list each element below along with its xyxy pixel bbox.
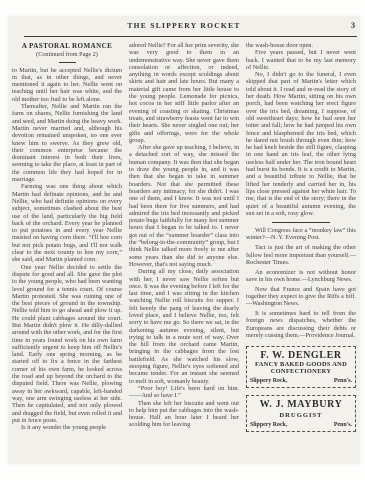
story-paragraph: No, I didn't go to the funeral, I even s… — [246, 71, 356, 217]
column-1: A PASTORAL ROMANCE (Continued from Page … — [12, 42, 122, 432]
filler-item: An economizer is not without honor save … — [246, 269, 356, 284]
story-quote: “Poor boy! Life's been hard on him. ——An… — [129, 385, 239, 400]
ad-maybury-footer: Slippery Rock, Penn's. — [250, 422, 352, 429]
ad-maybury-city: Slippery Rock, — [250, 422, 287, 429]
filler-item: It is sometimes hard to tell from the fo… — [246, 310, 356, 339]
ad-dengler-line2: CONFECTIONERY — [250, 368, 352, 375]
column-3: the wash-house door open. Five years pas… — [246, 42, 356, 432]
filler-item: Tact is just the art of making the other… — [246, 244, 356, 266]
story-paragraph: the wash-house door open. — [246, 42, 356, 49]
story-paragraph: adored Nellie? For all her prim severity… — [129, 42, 239, 144]
ad-dengler-footer: Slippery Rock, Penn's. — [250, 378, 352, 385]
ad-dengler-line1: FANCY BAKED GOODS AND — [250, 361, 352, 368]
story-paragraph: Five years passed, but I never went back… — [246, 49, 356, 71]
ad-maybury-name: W. J. MAYBURY — [250, 399, 352, 410]
section-divider — [272, 222, 330, 223]
story-paragraph: After she gave up teaching, I believe, i… — [129, 144, 239, 268]
story-paragraph: Is it any wonder the young people — [12, 424, 122, 431]
filler-item: Will Congress face a “monkey law” this w… — [246, 227, 356, 242]
page-header: THE SLIPPERY ROCKET 3 — [8, 16, 360, 35]
masthead-title: THE SLIPPERY ROCKET — [8, 21, 360, 30]
ad-maybury-state: Penn's. — [334, 422, 352, 429]
ad-dengler-city: Slippery Rock, — [250, 378, 287, 385]
story-subtitle: (Continued from Page 2) — [12, 51, 122, 58]
story-paragraph: Farming was one thing about which Martin… — [12, 183, 122, 263]
article-columns: A PASTORAL ROMANCE (Continued from Page … — [8, 37, 360, 432]
ad-maybury: W. J. MAYBURY DRUGGIST Slippery Rock, Pe… — [246, 395, 356, 432]
page-number: 3 — [351, 21, 355, 30]
story-paragraph: Thereafter, Nellie and Martin ran the fa… — [12, 103, 122, 183]
title-divider — [59, 62, 76, 63]
filler-item: Now that France and Spain have got toget… — [246, 286, 356, 308]
newspaper-sheet: THE SLIPPERY ROCKET 3 A PASTORAL ROMANCE… — [8, 16, 360, 464]
ad-dengler-state: Penn's. — [334, 378, 352, 385]
story-title: A PASTORAL ROMANCE — [12, 43, 122, 50]
column-2: adored Nellie? For all her prim severity… — [129, 42, 239, 432]
story-paragraph: During all my close, daily association w… — [129, 268, 239, 385]
ad-dengler: F. W. DENGLER FANCY BAKED GOODS AND CONF… — [246, 346, 356, 388]
ad-dengler-name: F. W. DENGLER — [250, 350, 352, 361]
ad-maybury-line1: DRUGGIST — [250, 412, 352, 419]
story-paragraph: Then she left her biscuits and went out … — [129, 400, 239, 429]
story-paragraph: One year Nellie decided to settle the di… — [12, 264, 122, 425]
story-paragraph: to Martin, but he accepted Nellie's dict… — [12, 67, 122, 103]
